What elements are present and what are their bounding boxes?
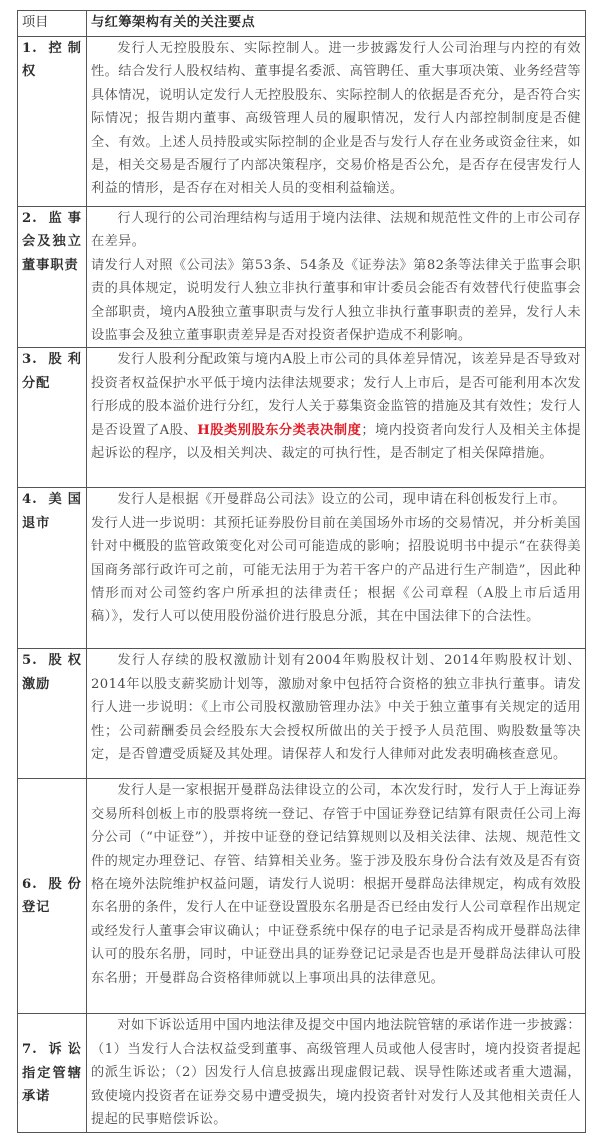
- row-content: 发行人是根据《开曼群岛公司法》设立的公司，现申请在科创板发行上市。 发行人进一步…: [87, 488, 586, 649]
- item-supervisory-board: 2. 监事会及独立董事职责: [18, 207, 87, 348]
- row-content: 发行人存续的股权激励计划有2004年购股权计划、2014年购股权计划、2014年…: [87, 649, 586, 779]
- row-content: 发行人股利分配政策与境内A股上市公司的具体差异情况，该差异是否导致对投资者权益保…: [87, 348, 586, 488]
- paragraph: 发行人存续的股权激励计划有2004年购股权计划、2014年购股权计划、2014年…: [91, 649, 581, 766]
- table-row: 4. 美国退市 发行人是根据《开曼群岛公司法》设立的公司，现申请在科创板发行上市…: [18, 488, 586, 649]
- table-header-row: 项目 与红筹架构有关的关注要点: [18, 11, 586, 37]
- table-row: 3. 股利分配 发行人股利分配政策与境内A股上市公司的具体差异情况，该差异是否导…: [18, 348, 586, 488]
- table-row: 5. 股权激励 发行人存续的股权激励计划有2004年购股权计划、2014年购股权…: [18, 649, 586, 779]
- row-content: 发行人无控股股东、实际控制人。进一步披露发行人公司治理与内控的有效性。结合发行人…: [87, 37, 586, 207]
- row-content: 对如下诉讼适用中国内地法律及提交中国内地法院管辖的承诺作进一步披露：（1）当发行…: [87, 1014, 586, 1133]
- row-content: 行人现行的公司治理结构与适用于境内法律、法规和规范性文件的上市公司存在差异。 请…: [87, 207, 586, 348]
- item-us-delisting: 4. 美国退市: [18, 488, 87, 649]
- item-dividend-distribution: 3. 股利分配: [18, 348, 87, 488]
- paragraph: 发行人进一步说明：其预托证券股份目前在美国场外市场的交易情况，并分析美国针对中概…: [91, 512, 581, 629]
- header-focus-points: 与红筹架构有关的关注要点: [87, 11, 586, 37]
- paragraph: 发行人无控股股东、实际控制人。进一步披露发行人公司治理与内控的有效性。结合发行人…: [91, 37, 581, 201]
- table-row: 7. 诉讼指定管辖承诺 对如下诉讼适用中国内地法律及提交中国内地法院管辖的承诺作…: [18, 1014, 586, 1133]
- table-row: 2. 监事会及独立董事职责 行人现行的公司治理结构与适用于境内法律、法规和规范性…: [18, 207, 586, 348]
- row-content: 发行人是一家根据开曼群岛法律设立的公司，本次发行时，发行人于上海证券交易所科创板…: [87, 779, 586, 1014]
- item-share-registration: 6. 股份登记: [18, 779, 87, 1014]
- paragraph: 行人现行的公司治理结构与适用于境内法律、法规和规范性文件的上市公司存在差异。: [91, 207, 581, 254]
- paragraph: 对如下诉讼适用中国内地法律及提交中国内地法院管辖的承诺作进一步披露：（1）当发行…: [91, 1014, 581, 1131]
- paragraph: 发行人是根据《开曼群岛公司法》设立的公司，现申请在科创板发行上市。: [91, 488, 581, 511]
- header-item: 项目: [18, 11, 87, 37]
- item-litigation-jurisdiction: 7. 诉讼指定管辖承诺: [18, 1014, 87, 1133]
- item-control-rights: 1. 控制权: [18, 37, 87, 207]
- item-equity-incentive: 5. 股权激励: [18, 649, 87, 779]
- highlighted-text: H股类别股东分类表决制度: [197, 423, 361, 438]
- red-chip-focus-table: 项目 与红筹架构有关的关注要点 1. 控制权 发行人无控股股东、实际控制人。进一…: [17, 10, 586, 1133]
- paragraph: 请发行人对照《公司法》第53条、54条及《证券法》第82条等法律关于监事会职责的…: [91, 254, 581, 348]
- table-row: 6. 股份登记 发行人是一家根据开曼群岛法律设立的公司，本次发行时，发行人于上海…: [18, 779, 586, 1014]
- table-row: 1. 控制权 发行人无控股股东、实际控制人。进一步披露发行人公司治理与内控的有效…: [18, 37, 586, 207]
- paragraph: 发行人股利分配政策与境内A股上市公司的具体差异情况，该差异是否导致对投资者权益保…: [91, 348, 581, 465]
- paragraph: 发行人是一家根据开曼群岛法律设立的公司，本次发行时，发行人于上海证券交易所科创板…: [91, 779, 581, 990]
